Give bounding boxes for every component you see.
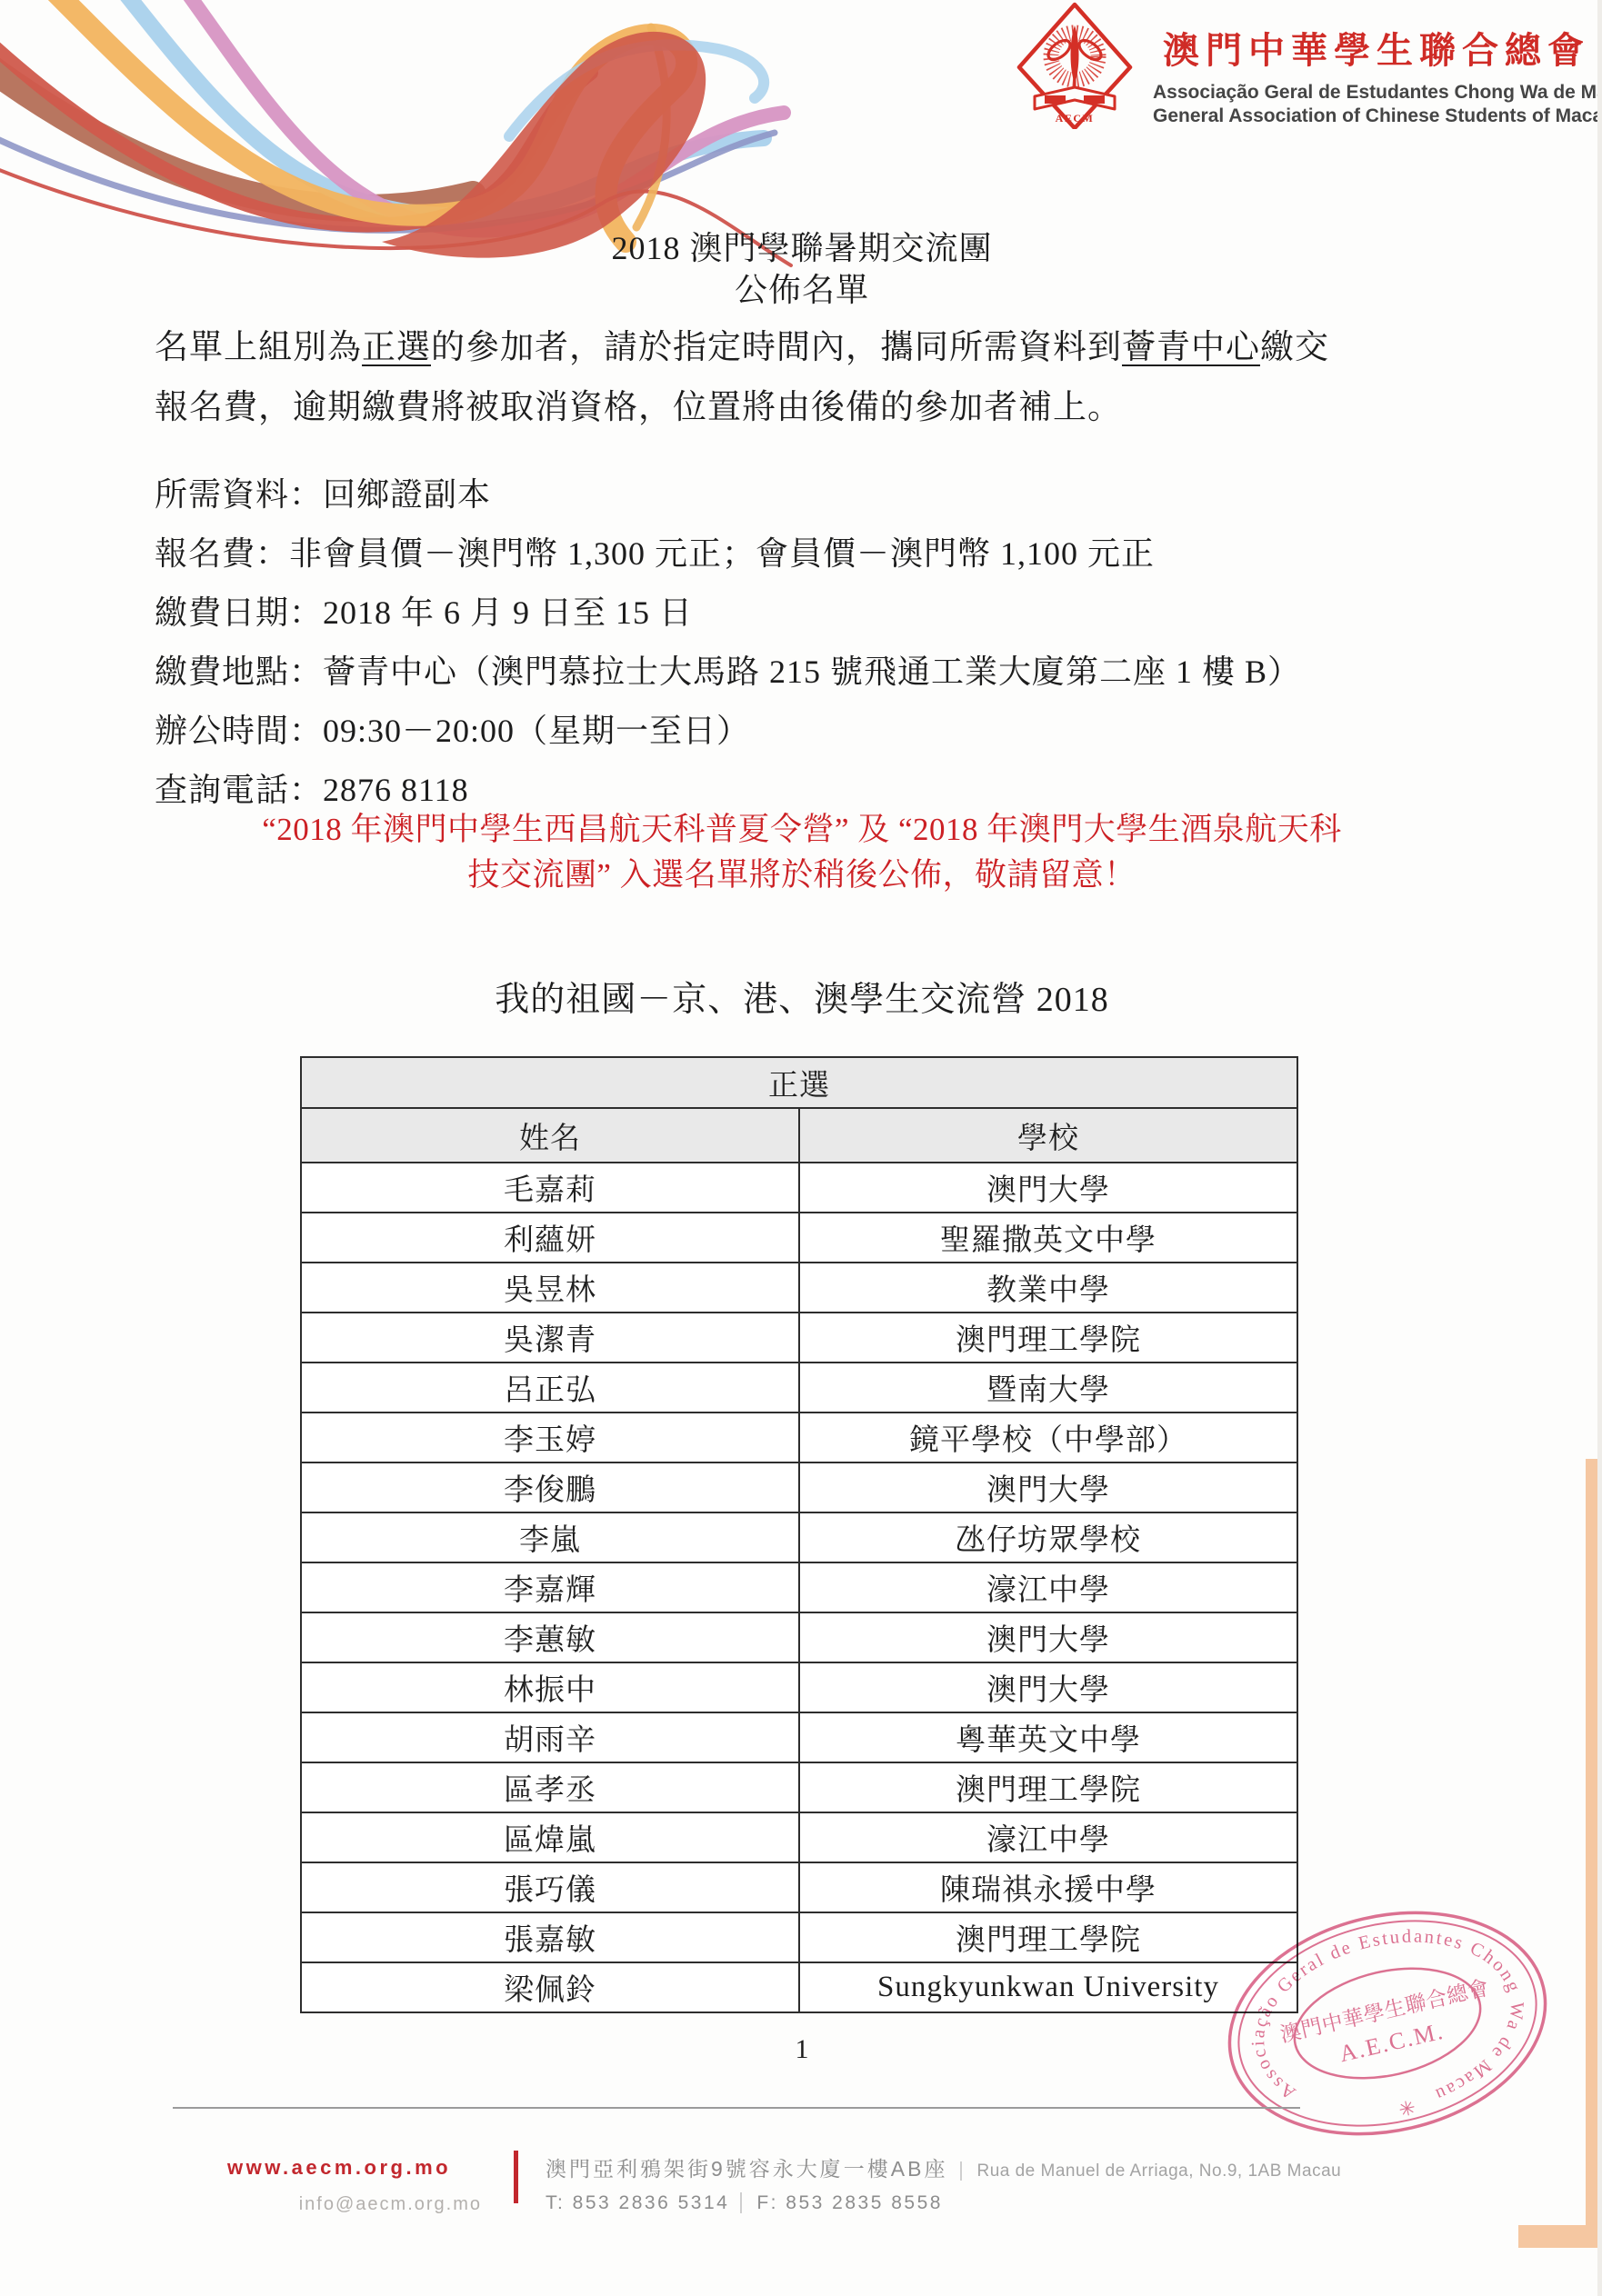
cell-school: 暨南大學	[799, 1363, 1297, 1413]
cell-school: 濠江中學	[799, 1562, 1297, 1612]
table-row: 吳昱林 教業中學	[301, 1263, 1297, 1313]
logo-book-block-left	[1045, 95, 1066, 104]
table-row: 利蘊妍 聖羅撒英文中學	[301, 1213, 1297, 1263]
cell-name: 李蕙敏	[301, 1612, 799, 1662]
org-name-block: 澳門中華學生聯合總會 Associação Geral de Estudante…	[1153, 22, 1600, 128]
org-name-portuguese: Associação Geral de Estudantes Chong Wa …	[1153, 81, 1600, 105]
footer-fax: F: 853 2835 8558	[740, 2192, 943, 2213]
cell-school: 澳門大學	[799, 1163, 1297, 1213]
cell-school: 粵華英文中學	[799, 1712, 1297, 1762]
table-row: 呂正弘 暨南大學	[301, 1363, 1297, 1413]
cell-name: 李玉婷	[301, 1413, 799, 1462]
info-line: 繳費日期：2018 年 6 月 9 日至 15 日	[155, 584, 1458, 643]
footer-divider-line	[173, 2107, 1300, 2109]
table-column-header-row: 姓名 學校	[301, 1108, 1297, 1163]
cell-school: 聖羅撒英文中學	[799, 1213, 1297, 1263]
column-header-school: 學校	[799, 1108, 1297, 1163]
cell-school: 氹仔坊眾學校	[799, 1512, 1297, 1562]
footer-website: www.aecm.org.mo	[227, 2156, 441, 2180]
title-line-2: 公佈名單	[155, 269, 1449, 311]
cell-name: 利蘊妍	[301, 1213, 799, 1263]
cell-school: 澳門大學	[799, 1612, 1297, 1662]
stamp-star-icon: ✳	[1397, 2097, 1418, 2123]
table-row: 區煒嵐 濠江中學	[301, 1812, 1297, 1862]
info-line: 報名費：非會員價－澳門幣 1,300 元正；會員價－澳門幣 1,100 元正	[155, 524, 1458, 584]
group-header-cell: 正選	[301, 1057, 1297, 1108]
footer-telephone: T: 853 2836 5314	[546, 2192, 729, 2213]
scanned-document-page: AECM 澳門中華學生聯合總會 Associação Geral de Estu…	[0, 0, 1602, 2296]
cell-name: 毛嘉莉	[301, 1163, 799, 1213]
cell-school: 澳門大學	[799, 1462, 1297, 1512]
table-row: 李蕙敏 澳門大學	[301, 1612, 1297, 1662]
footer-email: info@aecm.org.mo	[227, 2194, 482, 2215]
cell-name: 胡雨辛	[301, 1712, 799, 1762]
corner-bracket-horizontal	[1518, 2225, 1597, 2248]
footer-phone-line: T: 853 2836 5314F: 853 2835 8558	[546, 2192, 943, 2214]
underlined-text: 正選	[362, 329, 431, 366]
footer-address-line: 澳門亞利鴉架街9號容永大廈一樓AB座Rua de Manuel de Arria…	[546, 2152, 1341, 2182]
scan-edge	[1597, 0, 1602, 2296]
table-group-header-row: 正選	[301, 1057, 1297, 1108]
cell-name: 李俊鵬	[301, 1462, 799, 1512]
logo-book-block-right	[1084, 95, 1105, 104]
table-row: 胡雨辛 粵華英文中學	[301, 1712, 1297, 1762]
intro-line-1: 名單上組別為正選的參加者，請於指定時間內，攜同所需資料到薈青中心繳交	[155, 318, 1458, 378]
intro-line-2: 報名費，逾期繳費將被取消資格，位置將由後備的參加者補上。	[155, 378, 1458, 438]
cell-name: 李嵐	[301, 1512, 799, 1562]
table-row: 李玉婷 鏡平學校（中學部）	[301, 1413, 1297, 1462]
table-row: 吳潔青 澳門理工學院	[301, 1313, 1297, 1363]
table-row: 張巧儀 陳瑞祺永援中學	[301, 1862, 1297, 1912]
cell-school: 澳門大學	[799, 1662, 1297, 1712]
section-title: 我的祖國－京、港、澳學生交流營 2018	[155, 971, 1449, 1021]
corner-bracket-vertical	[1586, 1459, 1597, 2248]
cell-name: 吳昱林	[301, 1263, 799, 1313]
ribbon-red-swirl	[382, 32, 706, 258]
underlined-text: 薈青中心	[1122, 329, 1260, 366]
org-name-chinese: 澳門中華學生聯合總會	[1153, 22, 1600, 74]
footer-address-portuguese: Rua de Manuel de Arriaga, No.9, 1AB Maca…	[960, 2161, 1341, 2181]
table-row: 區孝丞 澳門理工學院	[301, 1762, 1297, 1812]
info-list: 所需資料：回鄉證副本 報名費：非會員價－澳門幣 1,300 元正；會員價－澳門幣…	[155, 465, 1458, 820]
cell-school: 鏡平學校（中學部）	[799, 1413, 1297, 1462]
table-row: 林振中 澳門大學	[301, 1662, 1297, 1712]
table-row: 張嘉敏 澳門理工學院	[301, 1912, 1297, 1962]
footer-address-chinese: 澳門亞利鴉架街9號容永大廈一樓AB座	[546, 2157, 947, 2181]
cell-name: 吳潔青	[301, 1313, 799, 1363]
cell-name: 李嘉輝	[301, 1562, 799, 1612]
cell-school: 陳瑞祺永援中學	[799, 1862, 1297, 1912]
logo-acronym-text: AECM	[1056, 112, 1095, 125]
cell-school: 教業中學	[799, 1263, 1297, 1313]
cell-name: 梁佩鈴	[301, 1962, 799, 2012]
cell-school: 濠江中學	[799, 1812, 1297, 1862]
table-row: 毛嘉莉 澳門大學	[301, 1163, 1297, 1213]
title-line-1: 2018 澳門學聯暑期交流團	[155, 227, 1449, 269]
table-row: 李俊鵬 澳門大學	[301, 1462, 1297, 1512]
cell-name: 張巧儀	[301, 1862, 799, 1912]
cell-name: 區煒嵐	[301, 1812, 799, 1862]
intro-paragraph: 名單上組別為正選的參加者，請於指定時間內，攜同所需資料到薈青中心繳交 報名費，逾…	[155, 318, 1458, 438]
notice-line-2: 技交流團” 入選名單將於稍後公佈，敬請留意！	[155, 853, 1449, 898]
table-row: 李嵐 氹仔坊眾學校	[301, 1512, 1297, 1562]
table-row: 梁佩鈴 Sungkyunkwan University	[301, 1962, 1297, 2012]
column-header-name: 姓名	[301, 1108, 799, 1163]
red-notice: “2018 年澳門中學生西昌航天科普夏令營” 及 “2018 年澳門大學生酒泉航…	[155, 807, 1449, 898]
cell-school: 澳門理工學院	[799, 1313, 1297, 1363]
table-row: 李嘉輝 濠江中學	[301, 1562, 1297, 1612]
selection-table: 正選 姓名 學校 毛嘉莉 澳門大學 利蘊妍 聖羅撒英文中學 吳昱	[300, 1056, 1298, 2013]
cell-name: 張嘉敏	[301, 1912, 799, 1962]
footer-red-bar	[514, 2151, 518, 2203]
info-line: 所需資料：回鄉證副本	[155, 465, 1458, 524]
cell-name: 區孝丞	[301, 1762, 799, 1812]
cell-name: 林振中	[301, 1662, 799, 1712]
table-body: 毛嘉莉 澳門大學 利蘊妍 聖羅撒英文中學 吳昱林 教業中學 吳潔青 澳門理工學院	[301, 1163, 1297, 2012]
cell-school: 澳門理工學院	[799, 1762, 1297, 1812]
org-name-english: General Association of Chinese Students …	[1153, 105, 1600, 128]
notice-line-1: “2018 年澳門中學生西昌航天科普夏令營” 及 “2018 年澳門大學生酒泉航…	[155, 807, 1449, 853]
aecm-logo: AECM	[1011, 2, 1138, 129]
document-title: 2018 澳門學聯暑期交流團 公佈名單	[155, 227, 1449, 311]
info-line: 繳費地點：薈青中心（澳門慕拉士大馬路 215 號飛通工業大廈第二座 1 樓 B）	[155, 643, 1458, 702]
cell-name: 呂正弘	[301, 1363, 799, 1413]
info-line: 辦公時間：09:30－20:00（星期一至日）	[155, 702, 1458, 761]
